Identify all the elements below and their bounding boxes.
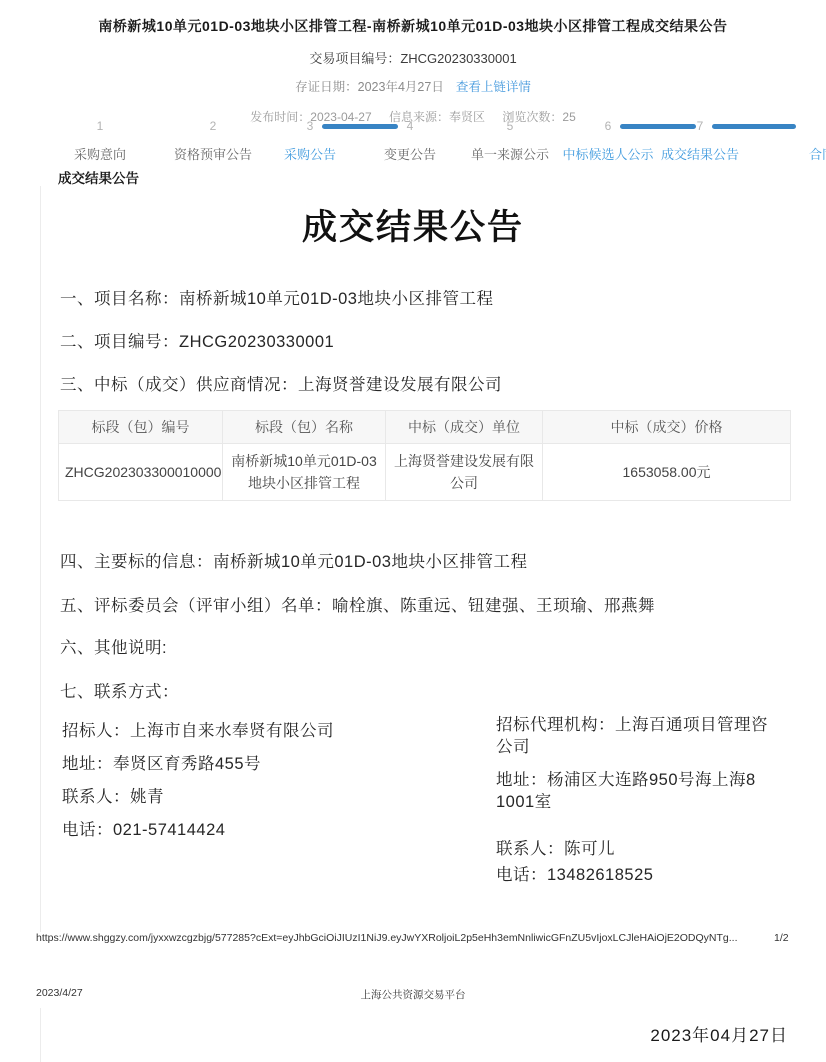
page-number-indicator: 1/2 [774, 932, 789, 944]
cert-date-label: 存证日期： [295, 80, 358, 94]
col-header-winning-unit: 中标（成交）单位 [386, 411, 543, 444]
agency-contact-person: 联系人：陈可儿 [496, 838, 615, 860]
platform-name: 上海公共资源交易平台 [0, 987, 826, 1002]
page-title: 南桥新城10单元01D-03地块小区排管工程-南桥新城10单元01D-03地块小… [0, 16, 826, 36]
trade-number-value: ZHCG20230330001 [400, 51, 516, 66]
section-project-name: 一、项目名称：南桥新城10单元01D-03地块小区排管工程 [60, 285, 493, 309]
tenderer-name: 招标人：上海市自来水奉贤有限公司 [62, 720, 334, 742]
step-change-notice[interactable]: 4 变更公告 [384, 119, 436, 163]
view-chain-link[interactable]: 查看上链详情 [456, 80, 531, 94]
step-label: 单一来源公示 [471, 144, 549, 163]
print-footer-url: https://www.shggzy.com/jyxxwzcgzbjg/5772… [36, 932, 738, 944]
cert-date-value: 2023年4月27日 [358, 80, 444, 94]
section-evaluation-committee: 五、评标委员会（评审小组）名单：喻栓旗、陈重远、钮建强、王顼瑜、邢燕舞 [60, 592, 655, 616]
step-number: 2 [174, 119, 252, 133]
step-number: 6 [562, 119, 653, 133]
step-label: 合同公告 [809, 144, 826, 163]
cell-winning-unit: 上海贤誉建设发展有限公司 [386, 444, 543, 501]
step-label: 中标候选人公示 [562, 144, 653, 163]
step-label: 变更公告 [384, 144, 436, 163]
step-prequalification[interactable]: 2 资格预审公告 [174, 119, 252, 163]
step-candidate-publicity[interactable]: 6 中标候选人公示 [562, 119, 653, 163]
section-other-notes: 六、其他说明: [60, 634, 167, 658]
col-header-lot-number: 标段（包）编号 [59, 411, 223, 444]
step-number: 5 [471, 119, 549, 133]
agency-phone: 电话：13482618525 [496, 864, 653, 886]
step-result-announcement[interactable]: 7 成交结果公告 [661, 119, 739, 163]
step-contract-notice[interactable]: 8 合同公告 [809, 119, 826, 163]
tenderer-address: 地址：奉贤区育秀路455号 [62, 753, 261, 775]
table-row: ZHCG2023033000100001 南桥新城10单元01D-03地块小区排… [59, 444, 791, 501]
table-header-row: 标段（包）编号 标段（包）名称 中标（成交）单位 中标（成交）价格 [59, 411, 791, 444]
step-procurement-intent[interactable]: 1 采购意向 [74, 119, 126, 163]
step-number: 7 [661, 119, 739, 133]
section-project-number: 二、项目编号：ZHCG20230330001 [60, 328, 334, 352]
step-label: 采购公告 [284, 144, 336, 163]
page-edge-line [40, 1008, 41, 1062]
step-number: 4 [384, 119, 436, 133]
step-single-source[interactable]: 5 单一来源公示 [471, 119, 549, 163]
current-section-heading: 成交结果公告 [58, 167, 139, 187]
step-procurement-notice[interactable]: 3 采购公告 [284, 119, 336, 163]
step-label: 采购意向 [74, 144, 126, 163]
agency-address: 地址：杨浦区大连路950号海上海8 1001室 [496, 769, 756, 813]
result-table: 标段（包）编号 标段（包）名称 中标（成交）单位 中标（成交）价格 ZHCG20… [58, 410, 791, 501]
col-header-winning-price: 中标（成交）价格 [543, 411, 791, 444]
tenderer-contact-person: 联系人：姚青 [62, 786, 164, 808]
agency-name: 招标代理机构：上海百通项目管理咨 公司 [496, 714, 768, 758]
cell-lot-number: ZHCG2023033000100001 [59, 444, 223, 501]
cell-winning-price: 1653058.00元 [543, 444, 791, 501]
cert-date-line: 存证日期：2023年4月27日查看上链详情 [0, 77, 826, 95]
step-number: 8 [809, 119, 826, 133]
cell-lot-name: 南桥新城10单元01D-03地块小区排管工程 [223, 444, 386, 501]
document-header: 南桥新城10单元01D-03地块小区排管工程-南桥新城10单元01D-03地块小… [0, 16, 826, 125]
step-label: 资格预审公告 [174, 144, 252, 163]
tenderer-phone: 电话：021-57414424 [62, 819, 225, 841]
section-main-subject: 四、主要标的信息：南桥新城10单元01D-03地块小区排管工程 [60, 548, 527, 572]
progress-steps: 1 采购意向 2 资格预审公告 3 采购公告 4 变更公告 5 单一来源公示 6… [0, 119, 826, 167]
section-contact-info: 七、联系方式： [60, 678, 179, 702]
step-number: 1 [74, 119, 126, 133]
step-number: 3 [284, 119, 336, 133]
step-label: 成交结果公告 [661, 144, 739, 163]
trade-number-line: 交易项目编号：ZHCG20230330001 [0, 48, 826, 67]
trade-number-label: 交易项目编号： [309, 51, 400, 66]
page-edge-line [40, 186, 41, 932]
col-header-lot-name: 标段（包）名称 [223, 411, 386, 444]
section-winning-supplier: 三、中标（成交）供应商情况：上海贤誉建设发展有限公司 [60, 371, 502, 395]
announcement-title: 成交结果公告 [0, 200, 826, 250]
document-date: 2023年04月27日 [650, 1021, 788, 1046]
